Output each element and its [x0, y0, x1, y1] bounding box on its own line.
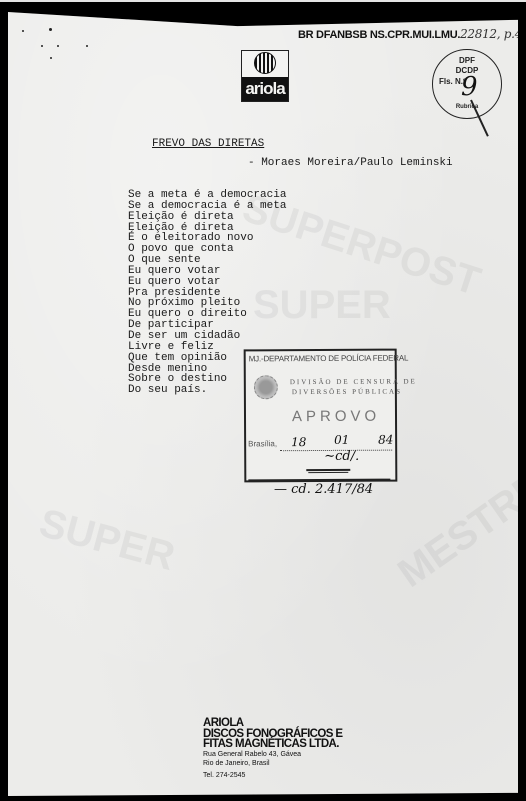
dpf-page-stamp: DPF DCDP Fls. N.º 9 Rubrica [432, 49, 502, 119]
approval-status: APROVO [292, 408, 380, 425]
song-title: FREVO DAS DIRETAS [152, 138, 264, 150]
company-address2: Rio de Janeiro, Brasil [203, 759, 342, 768]
scan-top-strip [0, 0, 526, 2]
stamp-dpf: DPF [433, 56, 501, 65]
company-line3: FITAS MAGNÉTICAS LTDA. [203, 739, 342, 750]
stamp-header: MJ.-DEPARTAMENTO DE POLÍCIA FEDERAL [249, 354, 409, 364]
stamp-place: Brasília, [248, 439, 277, 448]
archive-handwritten-ref: 22812, p.4 [460, 27, 522, 41]
ariola-logo: ariola [241, 50, 289, 102]
coat-of-arms-icon [254, 375, 278, 399]
archive-reference: BR DFANBSB NS.CPR.MUI.LMU.22812, p.4 [298, 27, 522, 41]
watermark: SUPER [35, 501, 180, 580]
company-name: ARIOLA [203, 718, 342, 729]
stamp-rubrica: Rubrica [433, 104, 501, 110]
document-page: SUPERPOST SUPER SUPER MESTRE BR DFANBSB … [8, 8, 518, 796]
lyric-line: Eleição é direta [128, 212, 286, 223]
punch-mark [50, 57, 52, 59]
punch-mark [22, 30, 24, 32]
stamp-division-line2: DIVERSÕES PÚBLICAS [292, 388, 402, 397]
date-day: 18 [291, 435, 306, 449]
punch-mark [57, 45, 59, 47]
logo-wordmark: ariola [242, 77, 288, 101]
punch-mark [86, 45, 88, 47]
stamp-bottom-rule [248, 479, 390, 482]
globe-icon [254, 52, 276, 74]
company-phone: Tel. 274-2545 [203, 771, 342, 780]
company-address1: Rua General Rabelo 43, Gávea [203, 750, 342, 759]
punch-mark [41, 45, 43, 47]
archive-code: BR DFANBSB NS.CPR.MUI.LMU. [298, 29, 460, 41]
watermark: MESTRE [390, 464, 526, 596]
signature-underline [306, 469, 350, 471]
company-letterhead-footer: ARIOLA DISCOS FONOGRÁFICOS E FITAS MAGNÉ… [203, 718, 342, 780]
handwritten-note: — cd. 2.417/84 [274, 482, 373, 497]
stamp-handwritten-number: 9 [461, 72, 478, 102]
censor-signature: ~cd/. [324, 449, 359, 464]
song-authors: - Moraes Moreira/Paulo Leminski [248, 157, 453, 169]
punch-mark [49, 28, 52, 31]
stamp-division-line1: DIVISÃO DE CENSURA DE [290, 377, 417, 386]
date-year: 84 [378, 433, 393, 447]
date-month: 01 [334, 433, 349, 447]
lyric-line: Eu quero votar [128, 277, 286, 288]
censorship-approval-stamp: MJ.-DEPARTAMENTO DE POLÍCIA FEDERAL DIVI… [244, 349, 398, 483]
signature-underline [308, 472, 348, 473]
